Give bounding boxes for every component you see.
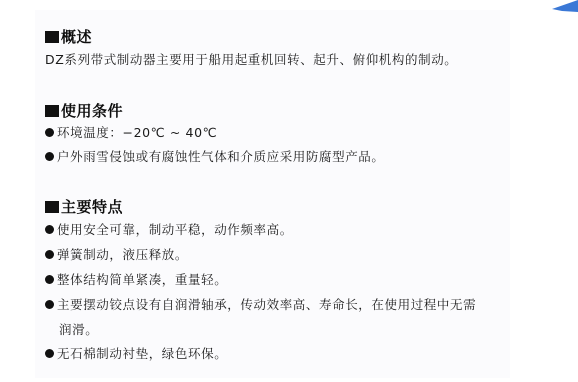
- heading-text: 概述: [61, 28, 92, 46]
- bullet-icon: [45, 152, 54, 161]
- list-item-text: 环境温度：−20℃ ~ 40℃: [57, 125, 217, 140]
- blue-corner-decoration-icon: [552, 0, 578, 12]
- list-item: 弹簧制动，液压释放。: [45, 245, 188, 263]
- list-item: 无石棉制动衬垫，绿色环保。: [45, 344, 227, 362]
- list-item-text: 主要摆动铰点设有自润滑轴承，传动效率高、寿命长，在使用过程中无需: [57, 297, 476, 312]
- list-item-text: 使用安全可靠，制动平稳，动作频率高。: [57, 222, 293, 237]
- bullet-icon: [45, 300, 54, 309]
- section-heading-conditions: 使用条件: [45, 100, 123, 121]
- overview-body: DZ系列带式制动器主要用于船用起重机回转、起升、俯仰机构的制动。: [45, 50, 457, 68]
- bullet-icon: [45, 128, 54, 137]
- section-heading-features: 主要特点: [45, 196, 123, 217]
- square-marker-icon: [45, 31, 59, 43]
- list-item-text: 户外雨雪侵蚀或有腐蚀性气体和介质应采用防腐型产品。: [57, 149, 385, 164]
- bullet-icon: [45, 275, 54, 284]
- list-item: 使用安全可靠，制动平稳，动作频率高。: [45, 220, 293, 238]
- list-item: 主要摆动铰点设有自润滑轴承，传动效率高、寿命长，在使用过程中无需: [45, 295, 476, 313]
- list-item-continuation: 润滑。: [59, 320, 98, 338]
- heading-text: 使用条件: [61, 102, 123, 120]
- bullet-icon: [45, 250, 54, 259]
- bullet-icon: [45, 225, 54, 234]
- list-item: 整体结构简单紧凑，重量轻。: [45, 270, 227, 288]
- section-heading-overview: 概述: [45, 26, 92, 47]
- square-marker-icon: [45, 105, 59, 117]
- list-item-text: 无石棉制动衬垫，绿色环保。: [57, 346, 227, 361]
- list-item-text: 弹簧制动，液压释放。: [57, 247, 188, 262]
- heading-text: 主要特点: [61, 198, 123, 216]
- list-item: 环境温度：−20℃ ~ 40℃: [45, 123, 217, 141]
- list-item: 户外雨雪侵蚀或有腐蚀性气体和介质应采用防腐型产品。: [45, 147, 385, 165]
- list-item-text: 整体结构简单紧凑，重量轻。: [57, 272, 227, 287]
- bullet-icon: [45, 349, 54, 358]
- square-marker-icon: [45, 201, 59, 213]
